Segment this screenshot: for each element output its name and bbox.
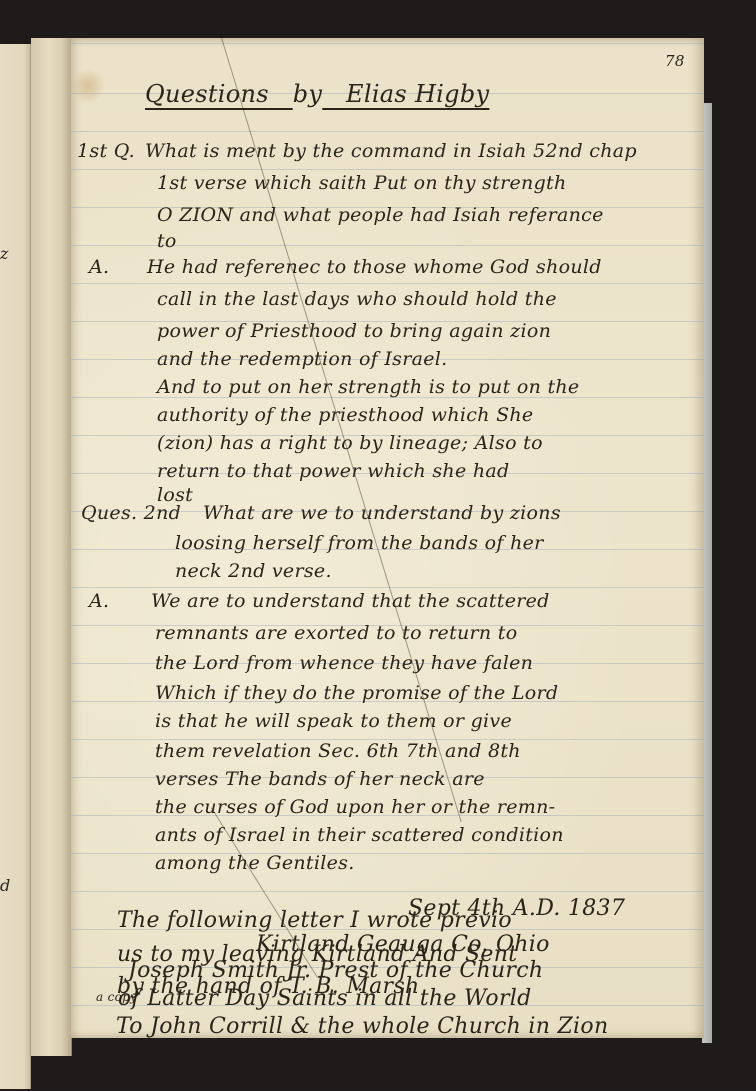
question-2-line: loosing herself from the bands of her [175,532,544,554]
letter-date: Sept 4th A.D. 1837 [408,896,625,921]
answer-1-line: He had referenec to those whome God shou… [147,256,602,278]
question-1-line: 1st verse which saith Put on thy strengt… [157,172,567,194]
answer-1-label: A. [89,256,109,278]
book-gutter [31,38,72,1056]
facing-page-mark: d [0,876,10,895]
page-title: Questions by Elias Higby [145,80,489,108]
answer-2-line: remnants are exorted to to return to [155,622,518,644]
answer-2-label: A. [89,590,109,612]
title-by: by [293,80,323,108]
answer-1-line: authority of the priesthood which She [157,404,533,426]
answer-1-line: return to that power which she had [157,460,509,482]
question-2-line: neck 2nd verse. [175,560,332,582]
letter-place: Kirtland Geauga Co. Ohio [256,932,550,957]
answer-2-line: the curses of God upon her or the remn- [155,796,555,818]
answer-2-line: them revelation Sec. 6th 7th and 8th [155,740,521,762]
letter-salutation-line: Joseph Smith Jr. Prest of the Church [128,958,543,983]
paper-stain [71,68,105,104]
answer-2-line: ants of Israel in their scattered condit… [155,824,564,846]
letter-salutation-line: To John Corrill & the whole Church in Zi… [116,1014,608,1039]
answer-1-line: and the redemption of Israel. [157,348,448,370]
question-1-line: to [157,230,177,252]
answer-2-line: the Lord from whence they have falen [155,652,533,674]
answer-1-line: call in the last days who should hold th… [157,288,557,310]
answer-2-line: We are to understand that the scattered [151,590,550,612]
manuscript-page: 78 Questions by Elias Higby 1st Q. What … [71,38,704,1038]
answer-1-line: And to put on her strength is to put on … [157,376,579,398]
facing-page-edge: z d [0,44,31,1089]
title-author: Elias Higby [346,80,489,108]
answer-1-line: power of Priesthood to bring again zion [157,320,551,342]
question-2-line: What are we to understand by zions [203,502,561,524]
question-1-line: O ZION and what people had Isiah referan… [157,204,604,226]
facing-page-mark: z [0,244,8,263]
title-questions: Questions [145,80,269,108]
answer-2-line: among the Gentiles. [155,852,355,874]
answer-2-line: verses The bands of her neck are [155,768,485,790]
page-number: 78 [665,52,685,70]
question-1-label: 1st Q. [77,140,135,162]
answer-2-line: Which if they do the promise of the Lord [155,682,558,704]
answer-1-line: (zion) has a right to by lineage; Also t… [157,432,543,454]
question-2-label: Ques. 2nd [81,502,181,524]
letter-salutation-line: of Latter Day Saints in all the World [118,986,532,1011]
answer-2-line: is that he will speak to them or give [155,710,512,732]
question-1-line: What is ment by the command in Isiah 52n… [145,140,637,162]
